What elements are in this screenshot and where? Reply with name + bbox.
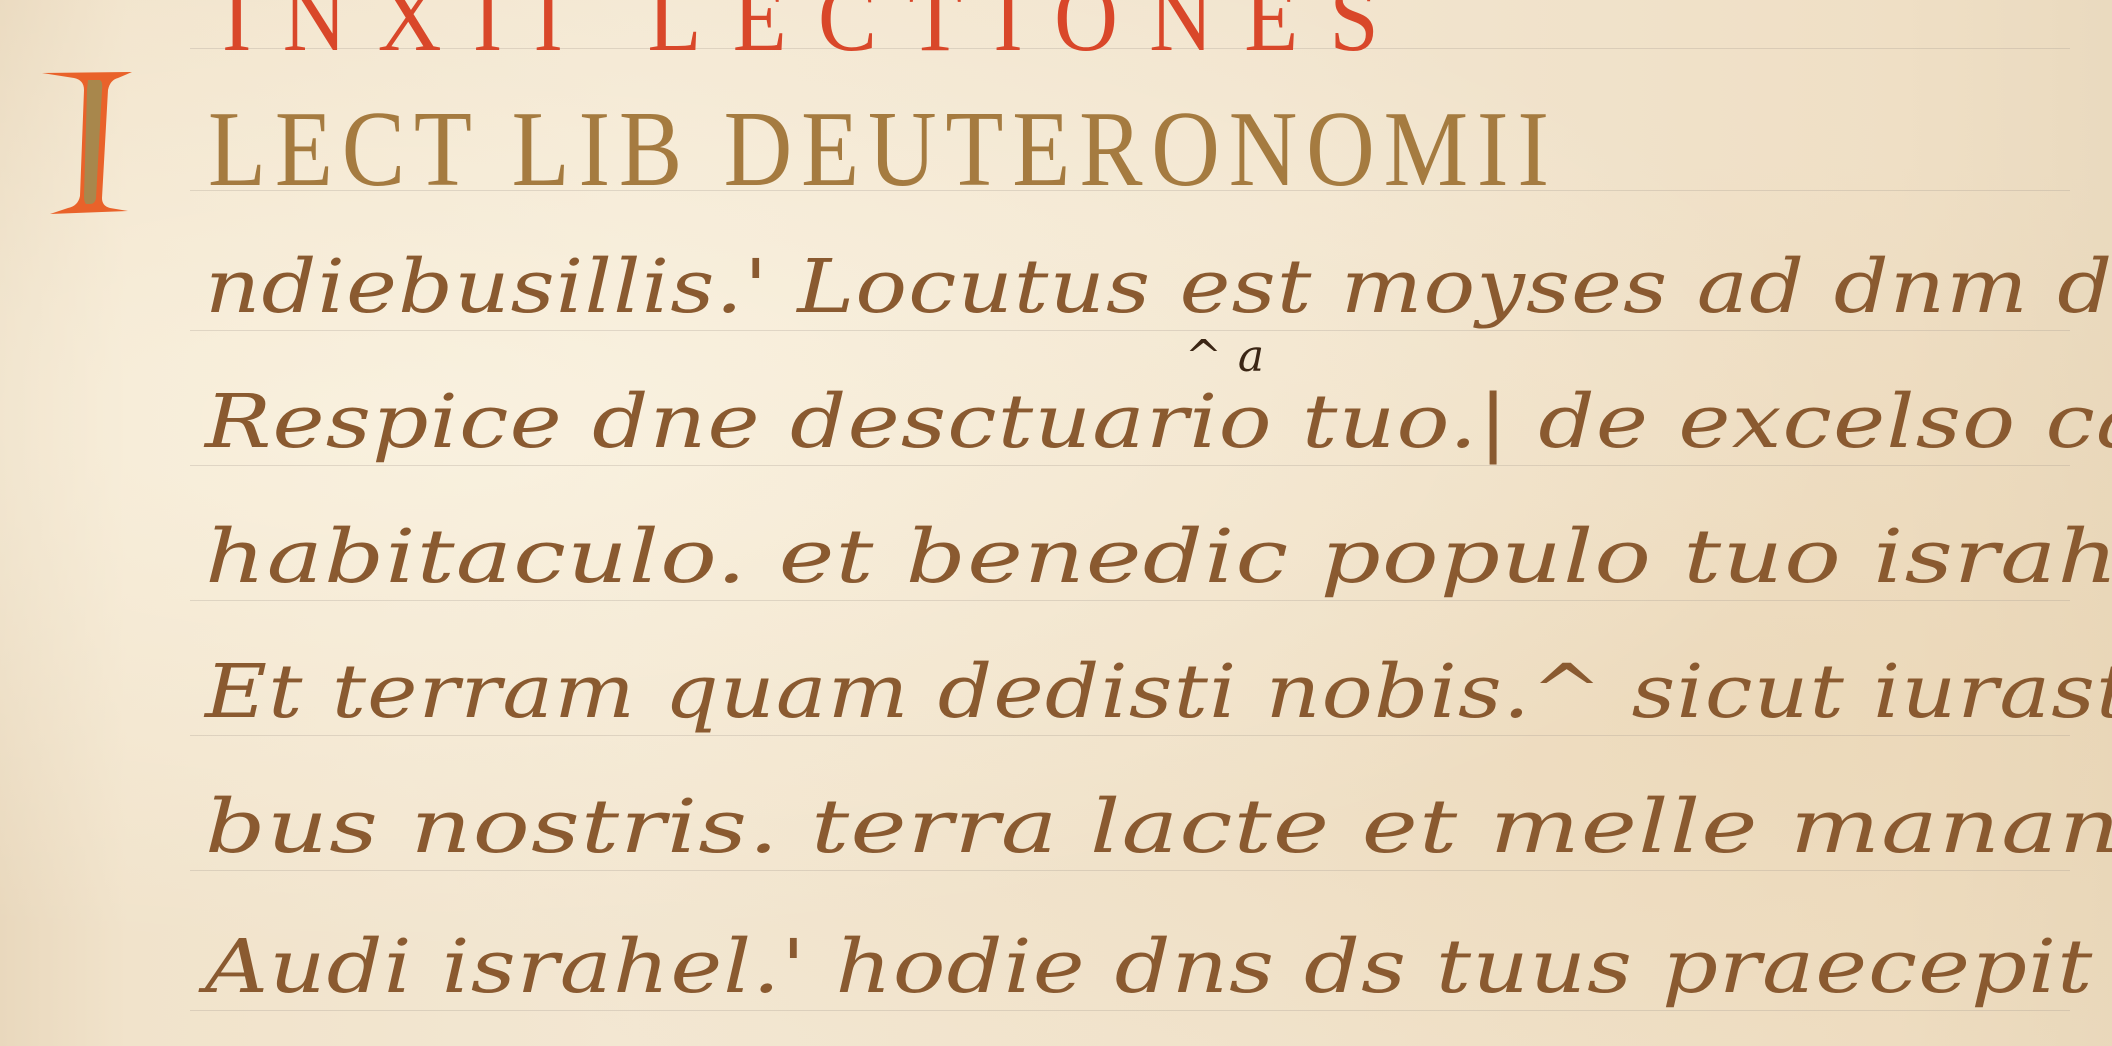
decorated-initial-icon — [40, 70, 135, 216]
text-line-3: habitaculo. et benedic populo tuo israhe… — [205, 520, 2112, 594]
ruling-line — [190, 330, 2070, 331]
text-line-2: Respice dne desctuario tuo.| de excelso … — [205, 385, 2112, 459]
text-line-5: bus nostris. terra lacte et melle manant… — [205, 790, 2112, 864]
rubric-heading: INXII LECTIONES — [222, 0, 1410, 73]
interlinear-correction: ^ a — [1185, 335, 1265, 379]
ruling-line — [190, 600, 2070, 601]
text-line-1: ndiebusillis.' Locutus est moyses ad dnm… — [205, 250, 2112, 324]
ruling-line — [190, 465, 2070, 466]
text-line-6: Audi israhel.' hodie dns ds tuus praecep… — [205, 930, 2112, 1004]
ruling-line — [190, 870, 2070, 871]
ruling-line — [190, 1010, 2070, 1011]
book-title: LECT LIB DEUTERONOMII — [208, 88, 1558, 212]
text-line-4: Et terram quam dedisti nobis.^ sicut iur… — [205, 655, 2112, 729]
ruling-line — [190, 735, 2070, 736]
